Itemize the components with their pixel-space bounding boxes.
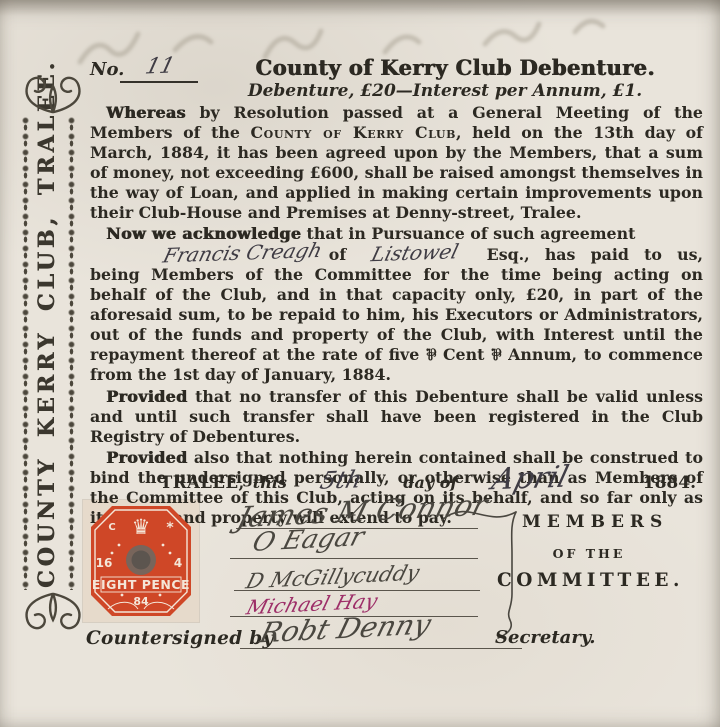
stamp-right-value: 4 xyxy=(174,556,182,570)
members-label: MEMBERS xyxy=(522,512,668,532)
side-border-title: COUNTY KERRY CLUB, TRALEE. xyxy=(34,118,61,588)
payer-place-handwritten: Listowel xyxy=(353,243,460,266)
dateline-year: 1884. xyxy=(643,473,696,493)
stamp-corner-star: * xyxy=(166,520,174,536)
secretary-label: Secretary. xyxy=(495,627,595,648)
dateline-this-label: this xyxy=(253,473,287,492)
crown-icon: ♛ xyxy=(132,515,151,539)
member-signature-2: O Eagar xyxy=(249,522,368,558)
countersigned-by-label: Countersigned by xyxy=(86,628,274,649)
date-line: TRALEE, this 5th day of April 1884. xyxy=(90,461,702,496)
of-the-label: OF THE xyxy=(524,546,654,561)
eight-pence-revenue-stamp: ♛ C * 16 4 EIGHT PENCE 84 xyxy=(88,503,194,619)
ornament-flourish-top xyxy=(16,58,90,116)
dateline-day-handwritten: 5th xyxy=(317,465,365,494)
member-signature-3: D McGillycuddy xyxy=(243,561,422,594)
ornament-flourish-bottom xyxy=(16,590,90,648)
dateline-place: TRALEE, xyxy=(160,473,245,492)
document-subtitle: Debenture, £20—Interest per Annum, £1. xyxy=(190,81,700,101)
debenture-number-label: No. xyxy=(90,59,124,80)
committee-label: COMMITTEE. xyxy=(497,570,684,591)
provided-transfer-paragraph: Provided that no transfer of this Debent… xyxy=(90,387,703,447)
stamp-left-value: 16 xyxy=(96,556,113,570)
debenture-number-line xyxy=(120,81,198,83)
document-title: County of Kerry Club Debenture. xyxy=(205,55,705,80)
debenture-number-value: 11 xyxy=(143,54,178,80)
provided1-lead: Provided xyxy=(106,387,187,406)
ornament-chain-left xyxy=(20,116,31,590)
of-word: of xyxy=(329,245,346,264)
payer-name-handwritten: Francis Creagh xyxy=(145,241,324,267)
acknowledge-paragraph: Now we acknowledge that in Pursuance of … xyxy=(90,224,703,384)
club-name: County of Kerry Club xyxy=(250,123,456,142)
ornament-chain-right xyxy=(66,116,77,590)
whereas-lead: Whereas xyxy=(106,103,186,122)
stamp-denomination: EIGHT PENCE xyxy=(92,577,190,592)
stamp-corner-letter: C xyxy=(108,522,115,533)
whereas-paragraph: Whereas by Resolution passed at a Genera… xyxy=(90,103,703,222)
